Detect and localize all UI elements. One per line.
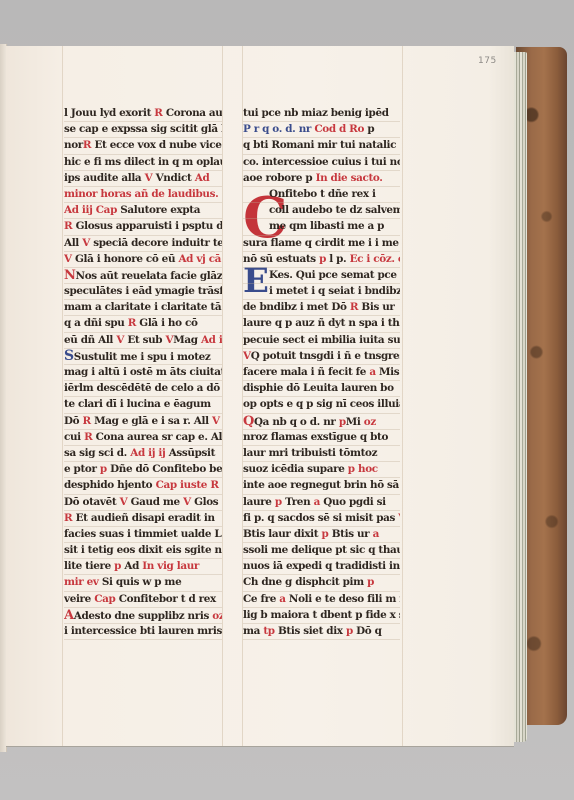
text-line: sit i tetig eos dixit eis sgite no	[64, 543, 222, 559]
text-line: i intercessice bti lauren mris	[64, 624, 222, 640]
text-line: SSustulit me i spu i motez	[64, 349, 222, 365]
text-line: hic e fi ms dilect in q m oplaui	[64, 155, 222, 171]
text-line: Onfitebo t dñe rex i	[243, 187, 400, 203]
text-line: op opts e q p sig nī ceos illuiat	[243, 397, 400, 413]
text-line: te clari dī i lucina e ēagum	[64, 397, 222, 413]
text-line: e ptor p Dñe dō Confitebo bea	[64, 462, 222, 478]
text-line: facies suas i timmiet ualde Lacc	[64, 527, 222, 543]
text-line: nō sū estuats p l p. Ec i cōz. o.	[243, 252, 400, 268]
text-line: tui pce nb miaz benig ipēd	[243, 106, 400, 122]
text-line: Btis laur dixit p Btis ur a	[243, 527, 400, 543]
text-line: Kes. Qui pce semat pce	[243, 268, 400, 284]
text-line: ips audite alla V Vndict Ad	[64, 171, 222, 187]
text-line: l Jouu lyd exorit R Corona aurea	[64, 106, 222, 122]
text-line: Ch dne g disphcit pim p	[243, 575, 400, 591]
left-text-column: l Jouu lyd exorit R Corona aurea se cap …	[64, 106, 222, 640]
text-line: V Glā i honore cō eū Ad vj cā	[64, 252, 222, 268]
text-line: lig b maiora t dbent p fide x sm	[243, 608, 400, 624]
text-line: laure p Tren a Quo pgdi si	[243, 495, 400, 511]
ruling-line	[222, 46, 223, 746]
text-line: inte aoe regnegut brin hō sā	[243, 478, 400, 494]
text-line: R Glosus apparuisti i psptu dñi All	[64, 219, 222, 235]
text-line: cui R Cona aurea sr cap e. All Expsi	[64, 430, 222, 446]
text-line: P r q o. d. nr Cod d Ro p	[243, 122, 400, 138]
text-line: norR Et ecce vox d nube vices.	[64, 138, 222, 154]
text-line: laur mri tribuisti tōmtoz	[243, 446, 400, 462]
text-line: disphie dō Leuita lauren bo	[243, 381, 400, 397]
text-line: R Et audieñ disapi eradit in	[64, 511, 222, 527]
text-line: mir ev Si quis w p me	[64, 575, 222, 591]
text-line: facere mala i ñ fecit fe a Mis xpi	[243, 365, 400, 381]
text-line: nuos iā expedi q tradidisti in R	[243, 559, 400, 575]
text-line: veire Cap Confitebor t d rex	[64, 592, 222, 608]
text-line: q bti Romani mir tui natalic	[243, 138, 400, 154]
text-line: q a dñi spu R Glā i ho cō	[64, 316, 222, 332]
folio-number: 175	[478, 56, 497, 66]
text-line: co. intercessioe cuius i tui nois	[243, 155, 400, 171]
text-line: mam a claritate i claritate tā	[64, 300, 222, 316]
text-line: suoz icēdia supare p hoc	[243, 462, 400, 478]
text-line: Ad iij Cap Salutore expta	[64, 203, 222, 219]
ruling-line	[62, 46, 63, 746]
text-line: desphido hjento Cap iuste R	[64, 478, 222, 494]
right-text-column: tui pce nb miaz benig ipēd P r q o. d. n…	[243, 106, 400, 640]
text-line: i metet i q seiat i bndibz	[243, 284, 400, 300]
text-line: fi p. q sacdos sē si misit pas V	[243, 511, 400, 527]
text-line: aoe robore p In die sacto.	[243, 171, 400, 187]
text-line: QQa nb q o d. nr pMi oz	[243, 414, 400, 430]
text-line: laure q p auz ñ dyt n spa i thā	[243, 316, 400, 332]
text-line: me qm libasti me a p	[243, 219, 400, 235]
text-line: mag i altū i ostē m āts ciuitat	[64, 365, 222, 381]
text-line: ma tp Btis siet dix p Dō q	[243, 624, 400, 640]
text-line: AAdesto dne supplibz nris oz	[64, 608, 222, 624]
text-line: sa sig sci d. Ad ij ij Assūpsit	[64, 446, 222, 462]
text-line: Dō R Mag e glā e i sa r. All V Glā	[64, 414, 222, 430]
text-line: lite tiere p Ad In vig laur	[64, 559, 222, 575]
text-line: speculātes i eād ymagie trāsfor	[64, 284, 222, 300]
text-line: All V speciā decore induitr te dñ All	[64, 236, 222, 252]
text-line: Ce fre a Noli e te deso fili m ne	[243, 592, 400, 608]
text-line: sura flame q cirdit me i i me igni	[243, 236, 400, 252]
text-line: coll audebo te dz salvem	[243, 203, 400, 219]
text-line: ssoli me delique pt sic q thauros	[243, 543, 400, 559]
text-line: VQ potuit tnsgdi i ñ e tnsgressi	[243, 349, 400, 365]
text-line: iērlm descēdētē de celo a dō hn	[64, 381, 222, 397]
text-line: eū dñ All V Et sub VMag Ad ix	[64, 333, 222, 349]
text-line: se cap e expssa sig scitit glā ho-	[64, 122, 222, 138]
text-line: Dō otavēt V Gaud me V Glos	[64, 495, 222, 511]
text-line: de bndibz i met Dō R Bis ur	[243, 300, 400, 316]
text-line: NNos aūt reuelata facie glāz dñ	[64, 268, 222, 284]
ruling-line	[402, 46, 403, 746]
text-line: pecuie sect ei mbilia iuita sua	[243, 333, 400, 349]
rubric-line: minor horas añ de laudibus.	[64, 187, 222, 203]
text-line: nroz flamas exstīgue q bto	[243, 430, 400, 446]
